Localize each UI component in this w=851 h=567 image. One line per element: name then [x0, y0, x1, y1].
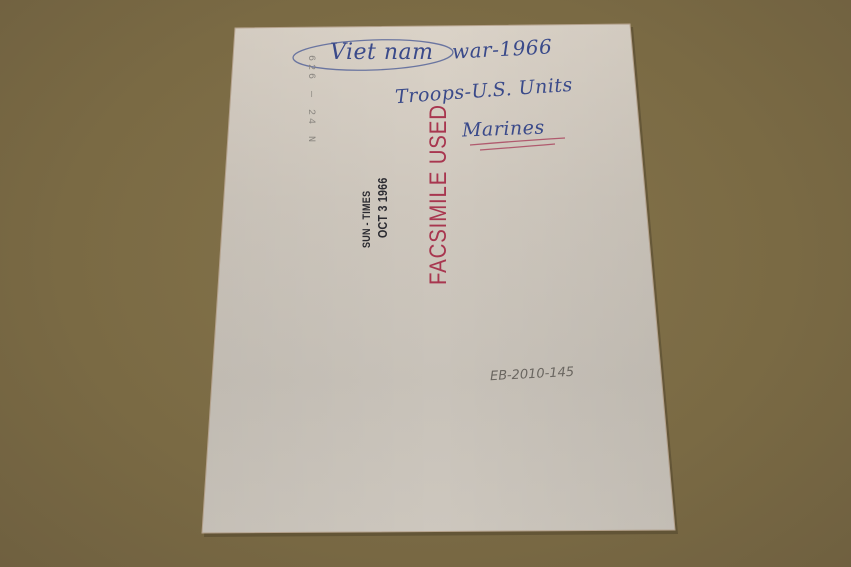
vertical-number-wrap: 626 — 24 N	[304, 55, 322, 145]
photo-scene: Viet nam war-1966 Troops-U.S. Units Mari…	[0, 0, 851, 567]
caption-marines: Marines	[462, 117, 545, 142]
stamp-publisher: SUN - TIMES	[361, 191, 373, 248]
stamp-date: OCT 3 1966	[375, 177, 390, 238]
vertical-number: 626 — 24 N	[305, 55, 316, 145]
caption-viet-nam: Viet nam	[330, 40, 434, 65]
stamp-facsimile-used: FACSIMILE USED	[425, 104, 453, 285]
